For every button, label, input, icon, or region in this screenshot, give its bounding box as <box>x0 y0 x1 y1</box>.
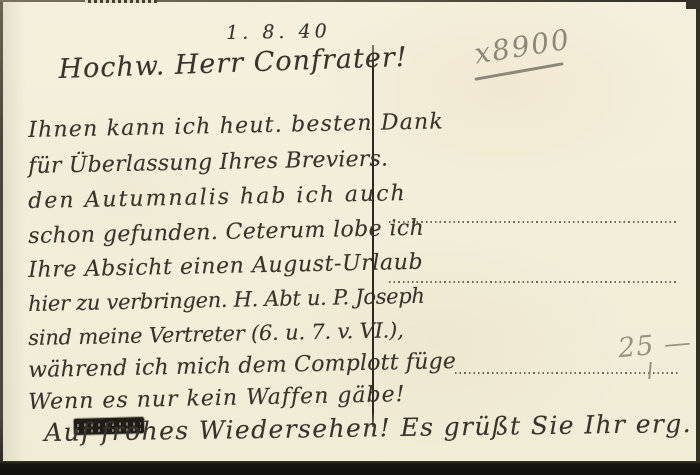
address-line-3 <box>455 372 678 374</box>
address-line-1 <box>389 221 678 223</box>
scan-edge-bottom <box>0 461 700 475</box>
paper-shadow <box>0 0 26 475</box>
scan-edge-perforation <box>85 0 157 3</box>
address-line-2 <box>389 281 677 283</box>
scan-edge-right <box>696 6 700 462</box>
scan-edge-left <box>0 2 3 462</box>
scan-corner-top-right <box>686 0 700 9</box>
postcard-scan: x8900 25 — 1. 8. 40 Hochw. Herr Confrate… <box>0 0 700 475</box>
price-mark: 25 — <box>617 327 693 364</box>
date-mark: 1. 8. 40 <box>226 20 331 44</box>
